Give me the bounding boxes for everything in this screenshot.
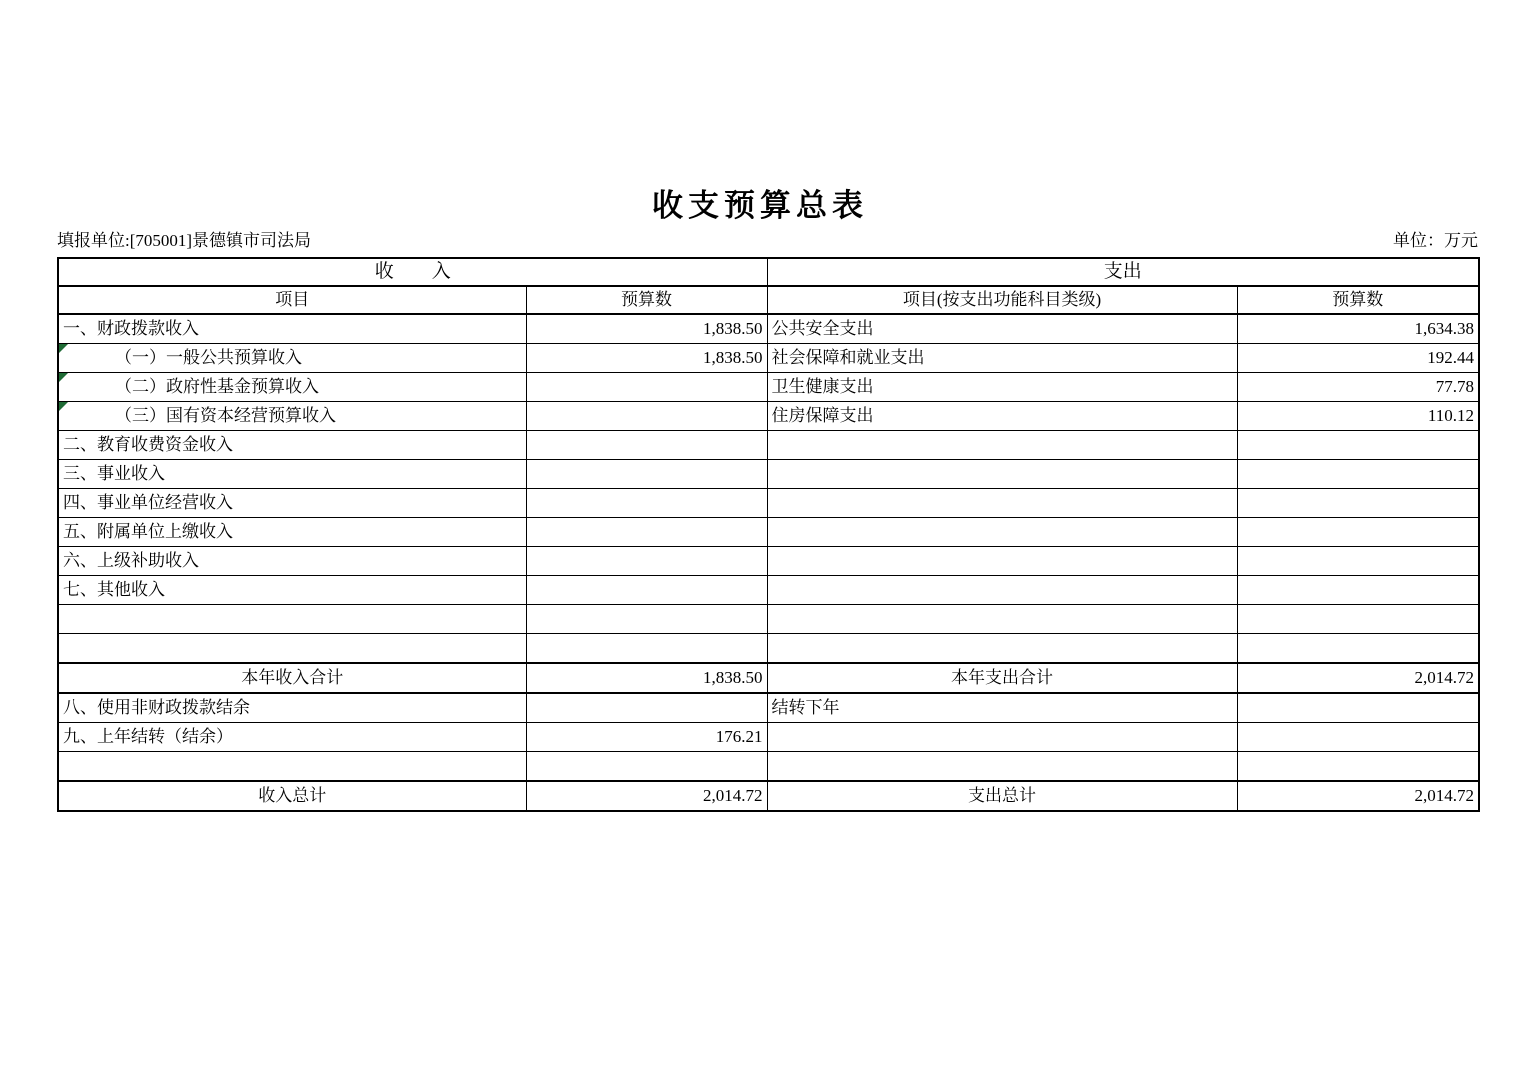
income-value-cell: 1,838.50 xyxy=(526,314,767,344)
income-value-cell xyxy=(526,518,767,547)
income-item-cell xyxy=(58,634,526,664)
expense-value-cell xyxy=(1237,460,1479,489)
table-row: 七、其他收入 xyxy=(58,576,1479,605)
expense-value-cell xyxy=(1237,634,1479,664)
expense-grand-total-label-cell: 支出总计 xyxy=(767,781,1237,811)
expense-value-cell: 110.12 xyxy=(1237,402,1479,431)
expense-value-cell xyxy=(1237,489,1479,518)
table-row: （二）政府性基金预算收入 卫生健康支出 77.78 xyxy=(58,373,1479,402)
income-value-cell xyxy=(526,460,767,489)
expense-item-cell: 公共安全支出 xyxy=(767,314,1237,344)
budget-summary-table: 收 入 支出 项目 预算数 项目(按支出功能科目类级) 预算数 一、财政拨款收入… xyxy=(57,257,1480,812)
income-grand-total-label-cell: 收入总计 xyxy=(58,781,526,811)
comment-marker-icon xyxy=(59,373,68,382)
expense-value-cell xyxy=(1237,576,1479,605)
income-grand-total-value-cell: 2,014.72 xyxy=(526,781,767,811)
table-row: （三）国有资本经营预算收入 住房保障支出 110.12 xyxy=(58,402,1479,431)
expense-item-cell xyxy=(767,723,1237,752)
expense-item-cell xyxy=(767,431,1237,460)
table-row: 三、事业收入 xyxy=(58,460,1479,489)
expense-item-cell xyxy=(767,634,1237,664)
income-value-cell xyxy=(526,373,767,402)
comment-marker-icon xyxy=(59,344,68,353)
table-row: 八、使用非财政拨款结余 结转下年 xyxy=(58,693,1479,723)
income-item-cell: 六、上级补助收入 xyxy=(58,547,526,576)
income-budget-column-header: 预算数 xyxy=(526,286,767,314)
table-row xyxy=(58,752,1479,782)
comment-marker-icon xyxy=(59,402,68,411)
income-item-cell: （三）国有资本经营预算收入 xyxy=(58,402,526,431)
table-row: 九、上年结转（结余） 176.21 xyxy=(58,723,1479,752)
income-total-label-cell: 本年收入合计 xyxy=(58,663,526,693)
income-item-cell xyxy=(58,752,526,782)
income-item-cell: （二）政府性基金预算收入 xyxy=(58,373,526,402)
income-item-cell xyxy=(58,605,526,634)
income-value-cell xyxy=(526,489,767,518)
grand-total-row: 收入总计 2,014.72 支出总计 2,014.72 xyxy=(58,781,1479,811)
expense-value-cell xyxy=(1237,518,1479,547)
expense-item-cell xyxy=(767,605,1237,634)
income-item-column-header: 项目 xyxy=(58,286,526,314)
expense-section-header: 支出 xyxy=(767,258,1479,286)
expense-value-cell xyxy=(1237,547,1479,576)
expense-item-cell: 卫生健康支出 xyxy=(767,373,1237,402)
income-section-header: 收 入 xyxy=(58,258,767,286)
income-value-cell xyxy=(526,634,767,664)
table-row: 一、财政拨款收入 1,838.50 公共安全支出 1,634.38 xyxy=(58,314,1479,344)
income-item-cell: 四、事业单位经营收入 xyxy=(58,489,526,518)
income-value-cell: 176.21 xyxy=(526,723,767,752)
column-header-row: 项目 预算数 项目(按支出功能科目类级) 预算数 xyxy=(58,286,1479,314)
expense-item-cell xyxy=(767,460,1237,489)
expense-value-cell xyxy=(1237,693,1479,723)
expense-item-cell xyxy=(767,547,1237,576)
expense-item-cell xyxy=(767,518,1237,547)
section-header-row: 收 入 支出 xyxy=(58,258,1479,286)
expense-item-cell xyxy=(767,576,1237,605)
expense-item-cell xyxy=(767,752,1237,782)
expense-item-cell: 结转下年 xyxy=(767,693,1237,723)
expense-value-cell xyxy=(1237,723,1479,752)
expense-value-cell xyxy=(1237,605,1479,634)
income-total-value-cell: 1,838.50 xyxy=(526,663,767,693)
income-item-cell: 三、事业收入 xyxy=(58,460,526,489)
page: 收支预算总表 填报单位:[705001]景德镇市司法局 单位：万元 收 入 支出… xyxy=(0,0,1520,1074)
income-item-cell: 七、其他收入 xyxy=(58,576,526,605)
expense-item-cell: 社会保障和就业支出 xyxy=(767,344,1237,373)
expense-item-column-header: 项目(按支出功能科目类级) xyxy=(767,286,1237,314)
income-value-cell xyxy=(526,547,767,576)
table-row: 六、上级补助收入 xyxy=(58,547,1479,576)
income-item-cell: （一）一般公共预算收入 xyxy=(58,344,526,373)
table-row xyxy=(58,634,1479,664)
expense-grand-total-value-cell: 2,014.72 xyxy=(1237,781,1479,811)
table-row: 二、教育收费资金收入 xyxy=(58,431,1479,460)
income-item-cell: 五、附属单位上缴收入 xyxy=(58,518,526,547)
income-item-cell: 八、使用非财政拨款结余 xyxy=(58,693,526,723)
income-value-cell xyxy=(526,752,767,782)
income-value-cell xyxy=(526,693,767,723)
currency-unit-label: 单位：万元 xyxy=(1393,231,1478,251)
income-value-cell xyxy=(526,402,767,431)
meta-row: 填报单位:[705001]景德镇市司法局 单位：万元 xyxy=(57,231,1478,251)
expense-item-cell: 住房保障支出 xyxy=(767,402,1237,431)
expense-item-cell xyxy=(767,489,1237,518)
income-item-cell: 一、财政拨款收入 xyxy=(58,314,526,344)
expense-value-cell xyxy=(1237,431,1479,460)
expense-budget-column-header: 预算数 xyxy=(1237,286,1479,314)
expense-value-cell: 1,634.38 xyxy=(1237,314,1479,344)
expense-total-label-cell: 本年支出合计 xyxy=(767,663,1237,693)
income-item-text: （一）一般公共预算收入 xyxy=(63,348,302,368)
expense-value-cell: 192.44 xyxy=(1237,344,1479,373)
expense-total-value-cell: 2,014.72 xyxy=(1237,663,1479,693)
income-value-cell xyxy=(526,605,767,634)
annual-total-row: 本年收入合计 1,838.50 本年支出合计 2,014.72 xyxy=(58,663,1479,693)
income-value-cell xyxy=(526,431,767,460)
table-row: 四、事业单位经营收入 xyxy=(58,489,1479,518)
income-value-cell xyxy=(526,576,767,605)
table-row: （一）一般公共预算收入 1,838.50 社会保障和就业支出 192.44 xyxy=(58,344,1479,373)
expense-value-cell xyxy=(1237,752,1479,782)
income-value-cell: 1,838.50 xyxy=(526,344,767,373)
income-item-cell: 二、教育收费资金收入 xyxy=(58,431,526,460)
table-row: 五、附属单位上缴收入 xyxy=(58,518,1479,547)
expense-value-cell: 77.78 xyxy=(1237,373,1479,402)
table-row xyxy=(58,605,1479,634)
reporting-unit-label: 填报单位:[705001]景德镇市司法局 xyxy=(57,231,311,251)
page-title: 收支预算总表 xyxy=(0,180,1520,225)
income-item-text: （三）国有资本经营预算收入 xyxy=(63,406,336,426)
income-item-text: （二）政府性基金预算收入 xyxy=(63,377,319,397)
income-item-cell: 九、上年结转（结余） xyxy=(58,723,526,752)
